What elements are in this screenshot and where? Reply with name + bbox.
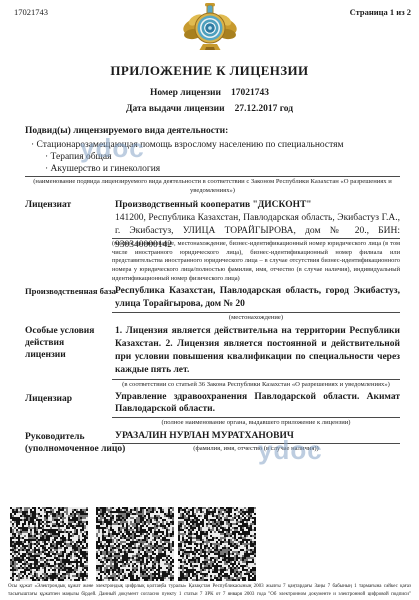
subtypes-note: (наименование подвида лицензируемого вид… [25,178,400,196]
special-conditions-value: 1. Лицензия является действительна на те… [115,325,400,377]
license-date-label: Дата выдачи лицензии [126,104,225,114]
kazakhstan-emblem-icon [183,3,237,51]
head-note: (фамилия, имя, отчество (в случае наличи… [112,445,400,454]
subtype-item: · Акушерство и гинекология [45,164,401,175]
head-value: УРАЗАЛИН НУРЛАН МУРАТХАНОВИЧ [115,430,400,443]
special-conditions-note: (в соответствии со статьей 36 Закона Рес… [112,381,400,390]
page-title: ПРИЛОЖЕНИЕ К ЛИЦЕНЗИИ [0,63,419,79]
subtypes-label: Подвид(ы) лицензируемого вида деятельнос… [25,126,228,138]
bullet-icon: · [45,152,48,162]
qr-code-1 [10,507,88,581]
qr-code-3 [178,507,256,581]
divider [25,176,400,177]
qr-code-2 [96,507,174,581]
licensee-name: Производственный кооператив "ДИСКОНТ" [115,199,400,212]
subtype-item: · Стационарозамещающая помощь взрослому … [31,140,401,151]
production-base-note: (местонахождение) [112,314,400,323]
document-number-header: 17021743 [14,7,48,17]
divider [112,312,400,313]
licensor-label: Лицензиар [25,394,72,406]
bullet-icon: · [31,140,34,150]
production-base-value: Республика Казахстан, Павлодарская облас… [115,285,400,312]
licensee-label: Лицензиат [25,200,71,212]
divider [112,417,400,418]
license-number-value: 17021743 [231,88,269,98]
licensor-value: Управление здравоохранения Павлодарской … [115,392,400,416]
production-base-label: Производственная база [25,286,117,297]
licensee-note: (полное наименование, местонахождение, б… [112,240,400,283]
special-conditions-label: Особые условия действия лицензии [25,326,107,362]
divider [112,443,400,444]
page-indicator: Страница 1 из 2 [350,7,411,17]
license-date-row: Дата выдачи лицензии27.12.2017 год [0,104,419,114]
divider [112,238,400,239]
bullet-icon: · [45,164,48,174]
license-appendix-page: 17021743 Страница 1 из 2 ПРИЛОЖЕНИЕ К ЛИ… [0,0,419,600]
divider [112,379,400,380]
license-number-row: Номер лицензии17021743 [0,88,419,98]
license-number-label: Номер лицензии [150,88,221,98]
legal-footer: Осы құжат «Электрондық құжат және электр… [8,583,411,600]
subtype-item: · Терапия общая [45,152,401,163]
license-date-value: 27.12.2017 год [235,104,293,114]
licensor-note: (полное наименование органа, выдавшего п… [112,419,400,428]
